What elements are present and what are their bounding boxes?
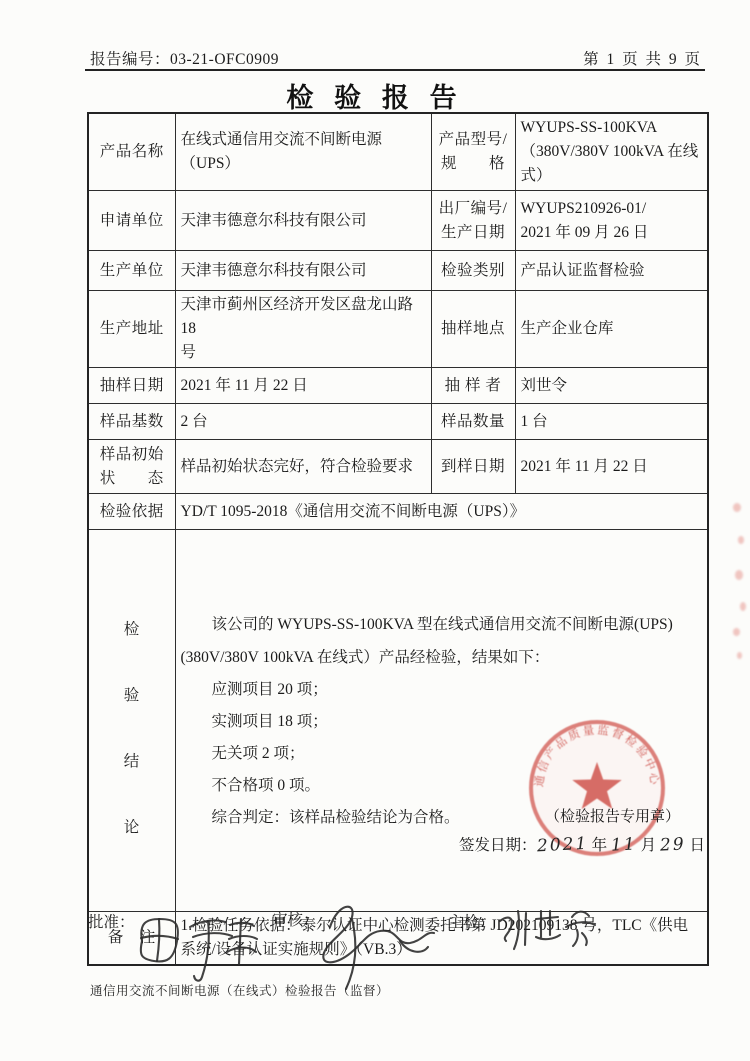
issue-date-prefix: 签发日期：: [459, 837, 537, 854]
table-row: 样品基数 2 台 样品数量 1 台: [88, 404, 708, 440]
table-row: 产品名称 在线式通信用交流不间断电源（UPS） 产品型号/ 规 格 WYUPS-…: [88, 113, 708, 191]
scanned-report-page: 报告编号：03-21-OFC0909 第 1 页 共 9 页 检 验 报 告 产…: [0, 0, 750, 1061]
initial-state-label: 样品初始 状 态: [88, 440, 175, 494]
sampling-date-value: 2021 年 11 月 22 日: [175, 368, 431, 404]
applicant-value: 天津韦德意尔科技有限公司: [175, 191, 431, 251]
applicant-label: 申请单位: [88, 191, 175, 251]
reviewer-signature: [300, 897, 440, 992]
approver-label: 批准：: [88, 910, 135, 932]
address-value: 天津市蓟州区经济开发区盘龙山路 18 号: [175, 291, 431, 368]
model-spec-value: WYUPS-SS-100KVA （380V/380V 100kVA 在线式）: [515, 113, 708, 191]
serial-date-value: WYUPS210926-01/ 2021 年 09 月 26 日: [515, 191, 708, 251]
stamp-bleed-mark: [733, 628, 740, 636]
conclusion-label: 检 验 结 论: [88, 530, 175, 912]
seal-caption: （检验报告专用章）: [545, 805, 707, 826]
sample-base-value: 2 台: [175, 404, 431, 440]
inspection-type-value: 产品认证监督检验: [515, 251, 708, 291]
sampling-place-value: 生产企业仓库: [515, 291, 708, 368]
table-row: 生产地址 天津市蓟州区经济开发区盘龙山路 18 号 抽样地点 生产企业仓库: [88, 291, 708, 368]
sampling-date-label: 抽样日期: [88, 368, 175, 404]
table-row: 生产单位 天津韦德意尔科技有限公司 检验类别 产品认证监督检验: [88, 251, 708, 291]
manufacturer-value: 天津韦德意尔科技有限公司: [175, 251, 431, 291]
arrival-date-label: 到样日期: [431, 440, 515, 494]
table-row: 抽样日期 2021 年 11 月 22 日 抽 样 者 刘世令: [88, 368, 708, 404]
manufacturer-label: 生产单位: [88, 251, 175, 291]
header-rule: [85, 69, 705, 71]
report-title: 检 验 报 告: [0, 76, 750, 115]
sample-base-label: 样品基数: [88, 404, 175, 440]
issue-year-unit: 年: [592, 837, 608, 854]
page-indicator: 第 1 页 共 9 页: [583, 47, 702, 69]
serial-date-label: 出厂编号/ 生产日期: [431, 191, 515, 251]
conclusion-item: 应测项目 20 项；: [212, 674, 703, 706]
conclusion-paragraph: 该公司的 WYUPS-SS-100KVA 型在线式通信用交流不间断电源(UPS)…: [181, 608, 703, 674]
conclusion-label-char: 论: [124, 816, 140, 840]
issue-month-handwritten: 11: [611, 834, 638, 855]
stamp-bleed-mark: [735, 570, 743, 580]
conclusion-label-char: 结: [124, 750, 140, 774]
chief-inspector-label: 主检：: [448, 910, 495, 932]
issue-month-unit: 月: [641, 837, 657, 854]
model-spec-label: 产品型号/ 规 格: [431, 113, 515, 191]
approver-signature: [130, 909, 260, 987]
sampler-value: 刘世令: [515, 368, 708, 404]
initial-state-value: 样品初始状态完好，符合检验要求: [175, 440, 431, 494]
sample-qty-label: 样品数量: [431, 404, 515, 440]
product-name-value: 在线式通信用交流不间断电源（UPS）: [175, 113, 431, 191]
sampling-place-label: 抽样地点: [431, 291, 515, 368]
product-name-label: 产品名称: [88, 113, 175, 191]
basis-value: YD/T 1095-2018《通信用交流不间断电源（UPS）》: [175, 494, 708, 530]
issue-day-unit: 日: [689, 837, 705, 854]
sampler-label: 抽 样 者: [431, 368, 515, 404]
issue-date-line: 签发日期：2021 年 11 月 29 日: [459, 833, 705, 855]
stamp-bleed-mark: [737, 652, 742, 659]
arrival-date-value: 2021 年 11 月 22 日: [515, 440, 708, 494]
inspection-type-label: 检验类别: [431, 251, 515, 291]
stamp-bleed-mark: [740, 602, 746, 611]
table-row: 申请单位 天津韦德意尔科技有限公司 出厂编号/ 生产日期 WYUPS210926…: [88, 191, 708, 251]
stamp-bleed-mark: [738, 536, 744, 544]
report-number: 报告编号：03-21-OFC0909: [90, 47, 279, 69]
conclusion-label-char: 验: [124, 684, 140, 708]
address-label: 生产地址: [88, 291, 175, 368]
issue-year-handwritten: 2021: [536, 834, 588, 857]
signature-block: 批准： 审核： 主检：: [88, 903, 708, 988]
stamp-bleed-mark: [733, 503, 741, 512]
chief-inspector-signature: [492, 903, 600, 958]
table-row: 样品初始 状 态 样品初始状态完好，符合检验要求 到样日期 2021 年 11 …: [88, 440, 708, 494]
basis-label: 检验依据: [88, 494, 175, 530]
sample-qty-value: 1 台: [515, 404, 708, 440]
conclusion-label-char: 检: [124, 618, 140, 642]
issue-day-handwritten: 29: [659, 834, 686, 855]
table-row: 检验依据 YD/T 1095-2018《通信用交流不间断电源（UPS）》: [88, 494, 708, 530]
